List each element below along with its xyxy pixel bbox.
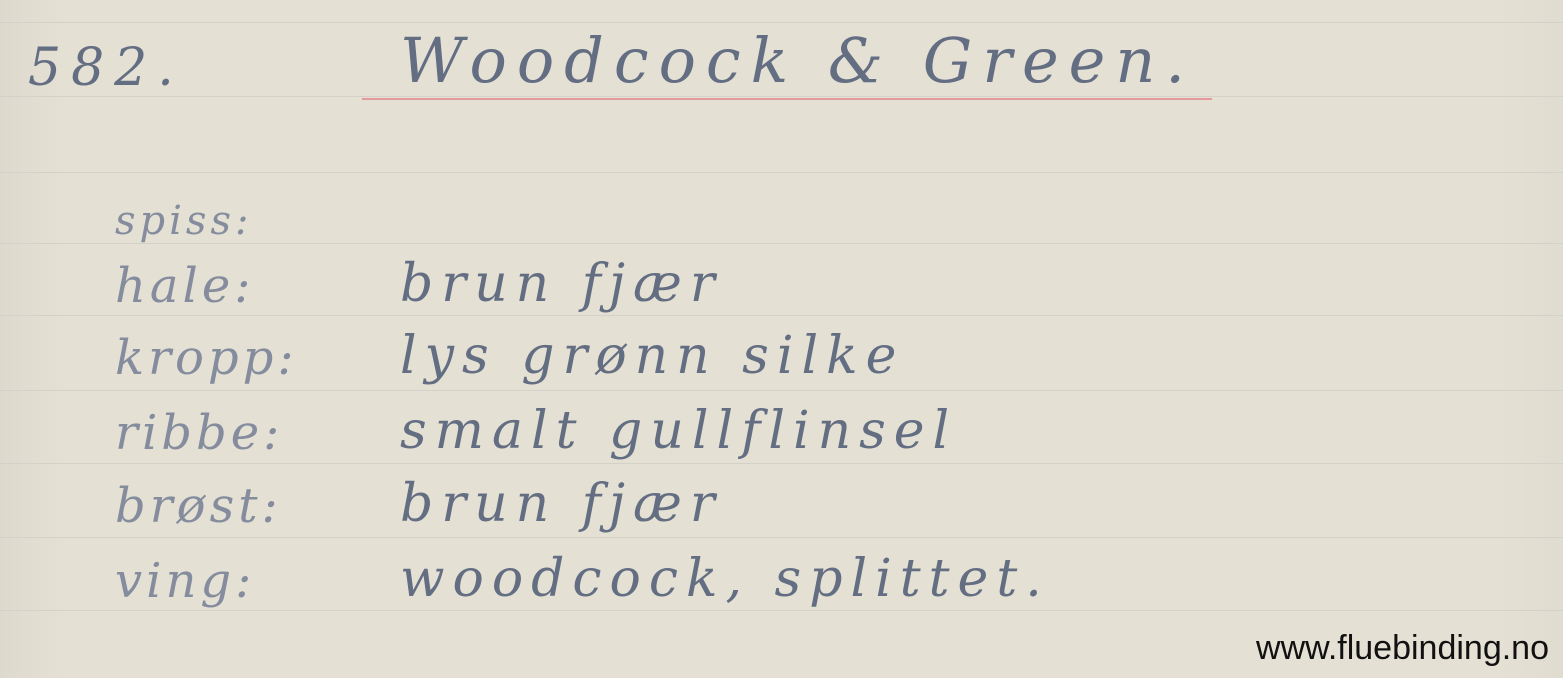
title-underline xyxy=(362,98,1212,100)
recipe-label-brost: brøst: xyxy=(115,478,282,534)
recipe-value-ribbe: smalt gullflinsel xyxy=(400,401,957,461)
entry-number: 582. xyxy=(28,38,184,98)
recipe-label-kropp: kropp: xyxy=(115,330,298,386)
recipe-label-hale: hale: xyxy=(115,258,254,314)
ruled-line xyxy=(0,315,1563,316)
recipe-label-ving: ving: xyxy=(115,553,255,609)
recipe-label-spiss: spiss: xyxy=(115,198,252,244)
ruled-line xyxy=(0,172,1563,173)
ruled-line xyxy=(0,22,1563,23)
recipe-value-ving: woodcock, splittet. xyxy=(400,549,1050,609)
ledger-page: 582. Woodcock & Green. spiss: hale: brun… xyxy=(0,0,1563,678)
ruled-line xyxy=(0,610,1563,611)
site-watermark: www.fluebinding.no xyxy=(1256,629,1549,668)
ruled-line xyxy=(0,537,1563,538)
recipe-label-ribbe: ribbe: xyxy=(115,405,283,461)
recipe-value-kropp: lys grønn silke xyxy=(400,326,904,386)
fly-title: Woodcock & Green. xyxy=(400,24,1195,97)
recipe-value-brost: brun fjær xyxy=(400,474,723,534)
ruled-line xyxy=(0,390,1563,391)
recipe-value-hale: brun fjær xyxy=(400,254,723,314)
ruled-line xyxy=(0,463,1563,464)
